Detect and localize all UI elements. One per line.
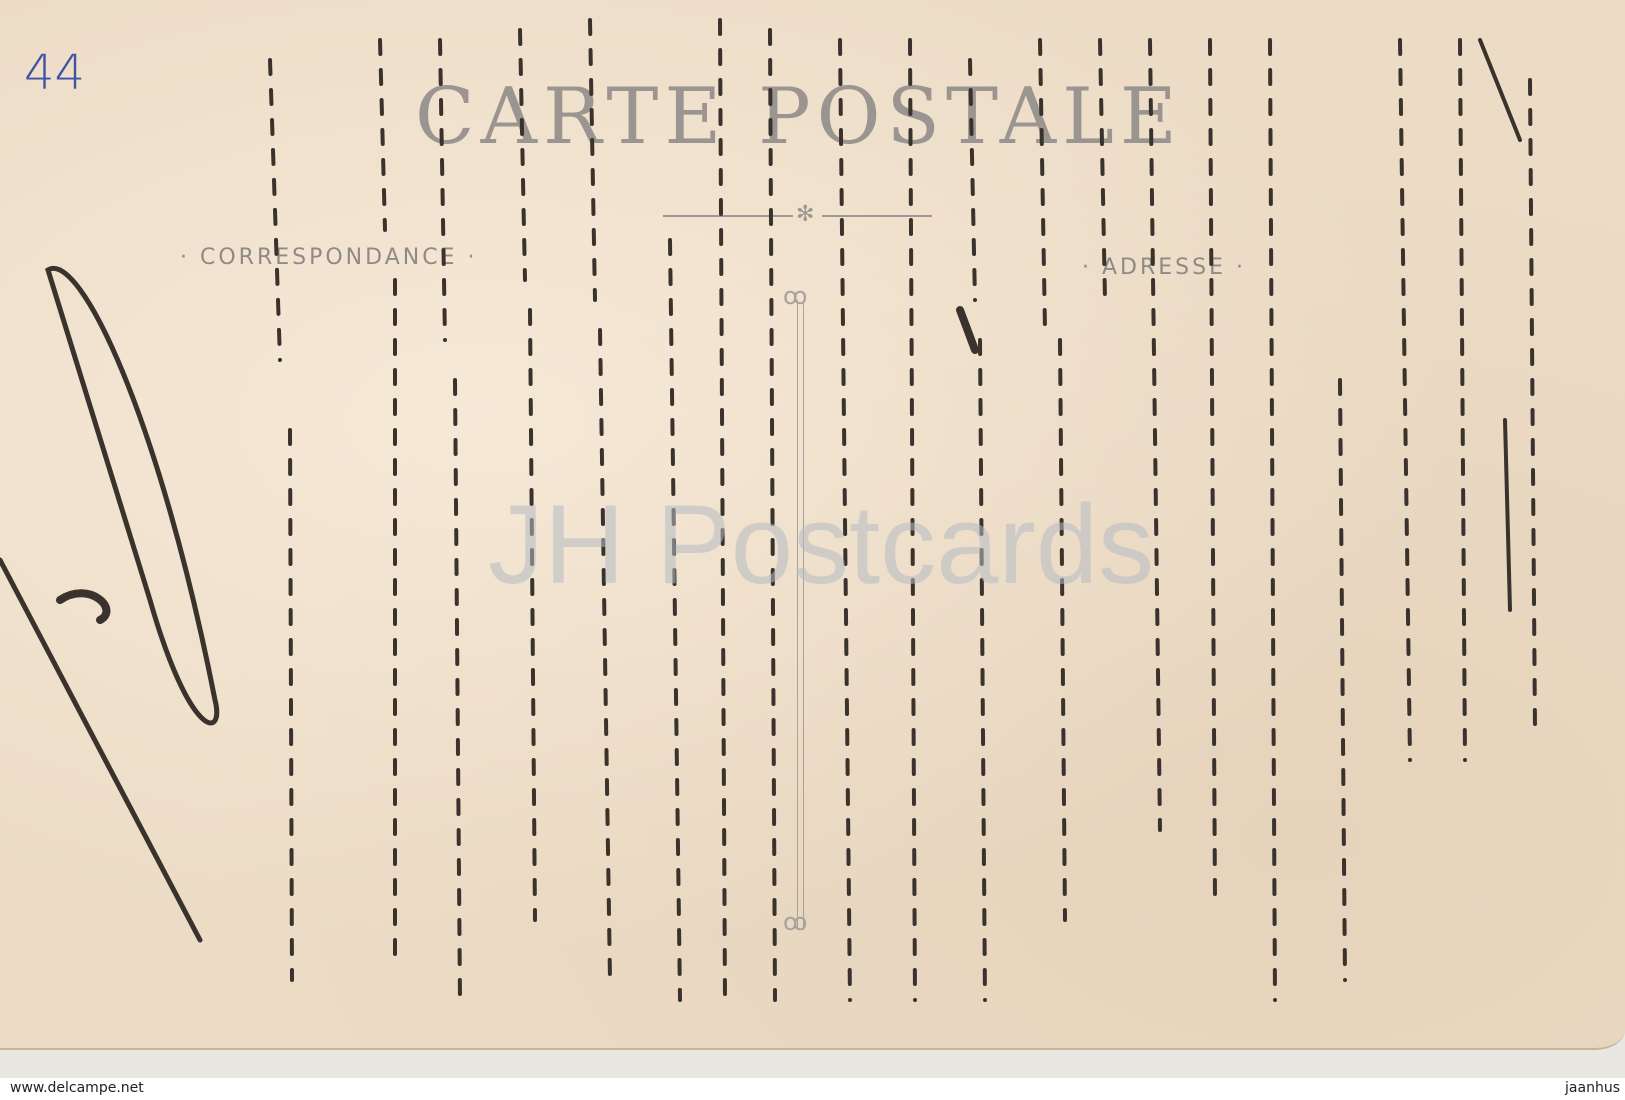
postcard-back: 44 CARTE POSTALE ✻ · CORRESPONDANCE · · … bbox=[0, 0, 1625, 1050]
source-credit-right: jaanhus bbox=[1565, 1080, 1620, 1096]
watermark: JH Postcards bbox=[488, 480, 1154, 609]
source-credit-left: www.delcampe.net bbox=[10, 1080, 144, 1096]
